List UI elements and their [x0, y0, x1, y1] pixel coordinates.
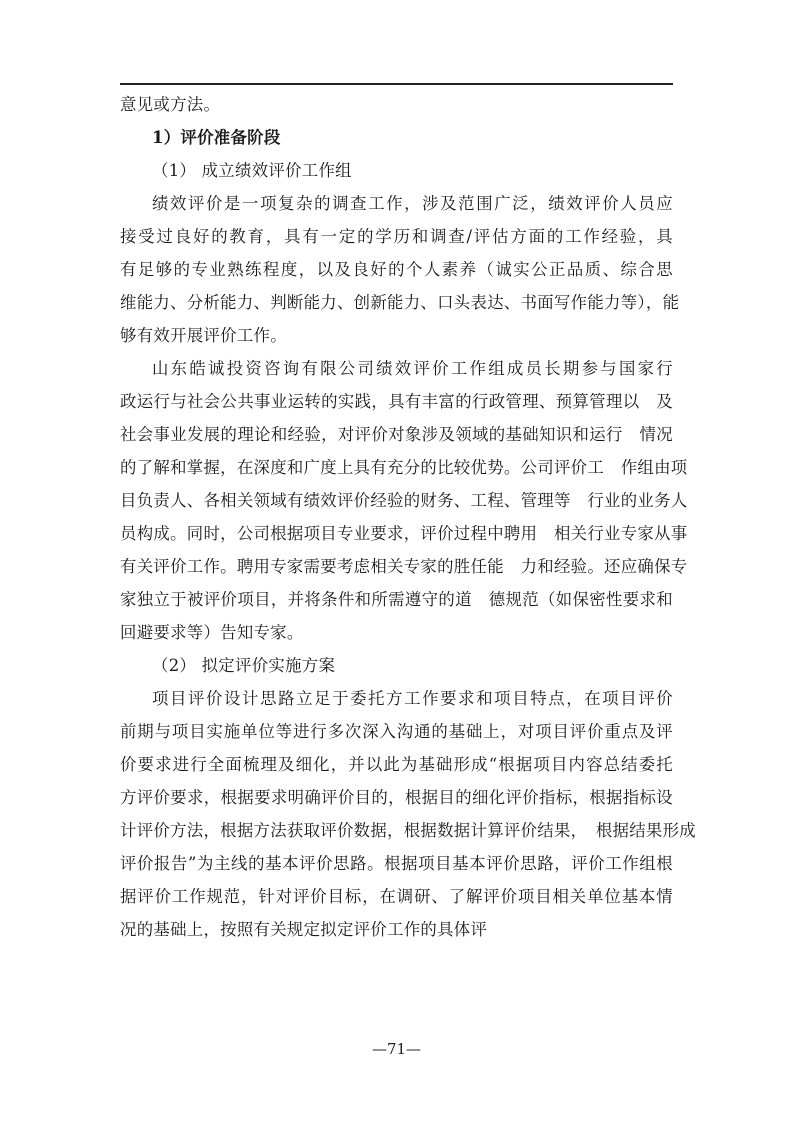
text-line: 价要求进行全面梳理及细化，并以此为基础形成“根据项目内容总结委托: [120, 748, 673, 781]
text-line: 山东皓诚投资咨询有限公司绩效评价工作组成员长期参与国家行: [120, 352, 673, 385]
text-line: 的了解和掌握，在深度和广度上具有充分的比较优势。公司评价工 作组由项: [120, 451, 673, 484]
text-line: 项目评价设计思路立足于委托方工作要求和项目特点，在项目评价: [120, 682, 673, 715]
text-line: 目负责人、各相关领域有绩效评价经验的财务、工程、管理等 行业的业务人: [120, 484, 673, 517]
text-line: 况的基础上，按照有关规定拟定评价工作的具体评: [120, 913, 673, 946]
text-line: 维能力、分析能力、判断能力、创新能力、口头表达、书面写作能力等），能: [120, 286, 673, 319]
subsection-heading: （2） 拟定评价实施方案: [120, 649, 673, 682]
text-line: 有关评价工作。聘用专家需要考虑相关专家的胜任能 力和经验。还应确保专: [120, 550, 673, 583]
text-line: 前期与项目实施单位等进行多次深入沟通的基础上，对项目评价重点及评: [120, 715, 673, 748]
text-line: 员构成。同时，公司根据项目专业要求，评价过程中聘用 相关行业专家从事: [120, 517, 673, 550]
text-line: 绩效评价是一项复杂的调查工作，涉及范围广泛，绩效评价人员应: [120, 187, 673, 220]
text-line: 计评价方法，根据方法获取评价数据，根据数据计算评价结果， 根据结果形成: [120, 814, 673, 847]
text-line: 接受过良好的教育，具有一定的学历和调查/评估方面的工作经验，具: [120, 220, 673, 253]
text-line: 够有效开展评价工作。: [120, 319, 673, 352]
text-line: 回避要求等）告知专家。: [120, 616, 673, 649]
section-heading: 1）评价准备阶段: [120, 121, 673, 154]
text-line: 据评价工作规范，针对评价目标，在调研、了解评价项目相关单位基本情: [120, 880, 673, 913]
text-line: 家独立于被评价项目，并将条件和所需遵守的道 德规范（如保密性要求和: [120, 583, 673, 616]
text-line: 有足够的专业熟练程度，以及良好的个人素养（诚实公正品质、综合思: [120, 253, 673, 286]
text-line: 政运行与社会公共事业运转的实践，具有丰富的行政管理、预算管理以 及: [120, 385, 673, 418]
header-rule: [120, 83, 673, 85]
text-line: 方评价要求，根据要求明确评价目的，根据目的细化评价指标，根据指标设: [120, 781, 673, 814]
subsection-heading: （1） 成立绩效评价工作组: [120, 154, 673, 187]
page-number: —71—: [0, 1040, 793, 1058]
text-line: 意见或方法。: [120, 88, 673, 121]
text-line: 评价报告”为主线的基本评价思路。根据项目基本评价思路，评价工作组根: [120, 847, 673, 880]
text-line: 社会事业发展的理论和经验，对评价对象涉及领域的基础知识和运行 情况: [120, 418, 673, 451]
page-body: 意见或方法。 1）评价准备阶段 （1） 成立绩效评价工作组 绩效评价是一项复杂的…: [120, 88, 673, 946]
